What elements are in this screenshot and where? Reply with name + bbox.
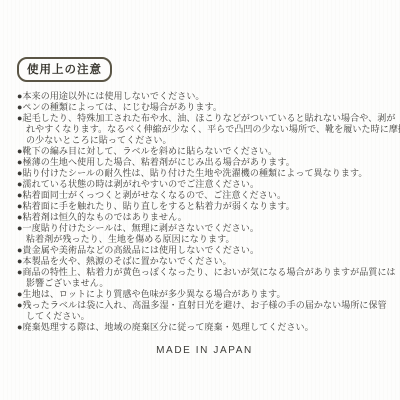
note-line: ●廃棄処理する際は、地域の廃棄区分に従って廃棄・処理してください。	[17, 322, 392, 333]
note-line: ●粘着面同士がくっつくと剥がせなくなるので、ご注意ください。	[17, 190, 392, 201]
precaution-list: ●本来の用途以外には使用しないでください。●ペンの種類によっては、にじむ場合があ…	[17, 91, 392, 333]
list-item: ●ペンの種類によっては、にじむ場合があります。	[17, 102, 392, 113]
list-item: ●起毛したり、特殊加工された布や水、油、ほこりなどがついていると貼れない場合や、…	[17, 113, 392, 146]
section-title-badge: 使用上の注意	[17, 57, 112, 82]
note-line: ●一度貼り付けたシールは、無理に剥がさないでください。	[17, 223, 392, 234]
note-line: ●貴金属や美術品などの高級品には使用しないでください。	[17, 245, 392, 256]
list-item: ●生地は、ロットにより質感や色味が多少異なる場合があります。	[17, 289, 392, 300]
made-in-japan-label: MADE IN JAPAN	[17, 345, 392, 356]
note-line: ●ペンの種類によっては、にじむ場合があります。	[17, 102, 392, 113]
note-line: ●残ったラベルは袋に入れ、高温多湿・直射日光を避け、お子様の手の届かない場所に保…	[17, 300, 392, 311]
list-item: ●貴金属や美術品などの高級品には使用しないでください。	[17, 245, 392, 256]
note-line: ●濡れている状態の時は剥がれやすいのでご注意ください。	[17, 179, 392, 190]
section-title: 使用上の注意	[27, 64, 102, 76]
note-line: ●極薄の生地へ使用した場合、粘着剤がにじみ出る場合があります。	[17, 157, 392, 168]
note-line: ●起毛したり、特殊加工された布や水、油、ほこりなどがついていると貼れない場合や、…	[17, 113, 392, 124]
list-item: ●粘着剤は恒久的なものではありません。	[17, 212, 392, 223]
list-item: ●靴下の編み目に対して、ラベルを斜めに貼らないでください。	[17, 146, 392, 157]
note-line: ●粘着剤は恒久的なものではありません。	[17, 212, 392, 223]
list-item: ●極薄の生地へ使用した場合、粘着剤がにじみ出る場合があります。	[17, 157, 392, 168]
note-line: ●貼り付けたシールの耐久性は、貼り付けた生地や洗濯機の種類によって異なります。	[17, 168, 392, 179]
list-item: ●本製品を火や、熱源のそばに置かないでください。	[17, 256, 392, 267]
list-item: ●粘着面に手を触れたり、貼り直しをすると粘着力が弱くなります。	[17, 201, 392, 212]
list-item: ●残ったラベルは袋に入れ、高温多湿・直射日光を避け、お子様の手の届かない場所に保…	[17, 300, 392, 322]
list-item: ●濡れている状態の時は剥がれやすいのでご注意ください。	[17, 179, 392, 190]
note-line: ●商品の特性上、粘着力が黄色っぽくなったり、においが気になる場合がありますが品質…	[17, 267, 392, 278]
note-line: の少ないところに貼ってください。	[17, 135, 392, 146]
list-item: ●商品の特性上、粘着力が黄色っぽくなったり、においが気になる場合がありますが品質…	[17, 267, 392, 289]
note-line: れやすくなります。なるべく伸縮が少なく、平らで凸凹の少ない場所で、靴を履いた時に…	[17, 124, 392, 135]
list-item: ●廃棄処理する際は、地域の廃棄区分に従って廃棄・処理してください。	[17, 322, 392, 333]
list-item: ●一度貼り付けたシールは、無理に剥がさないでください。粘着剤が残ったり、生地を傷…	[17, 223, 392, 245]
note-line: ●靴下の編み目に対して、ラベルを斜めに貼らないでください。	[17, 146, 392, 157]
note-line: 粘着剤が残ったり、生地を傷める原因になります。	[17, 234, 392, 245]
list-item: ●本来の用途以外には使用しないでください。	[17, 91, 392, 102]
note-line: してください。	[17, 311, 392, 322]
list-item: ●貼り付けたシールの耐久性は、貼り付けた生地や洗濯機の種類によって異なります。	[17, 168, 392, 179]
note-line: ●粘着面に手を触れたり、貼り直しをすると粘着力が弱くなります。	[17, 201, 392, 212]
note-line: ●生地は、ロットにより質感や色味が多少異なる場合があります。	[17, 289, 392, 300]
list-item: ●粘着面同士がくっつくと剥がせなくなるので、ご注意ください。	[17, 190, 392, 201]
note-line: ●本製品を火や、熱源のそばに置かないでください。	[17, 256, 392, 267]
care-instructions-sheet: 使用上の注意 ●本来の用途以外には使用しないでください。●ペンの種類によっては、…	[0, 0, 400, 400]
note-line: ●本来の用途以外には使用しないでください。	[17, 91, 392, 102]
note-line: 影響ございません。	[17, 278, 392, 289]
